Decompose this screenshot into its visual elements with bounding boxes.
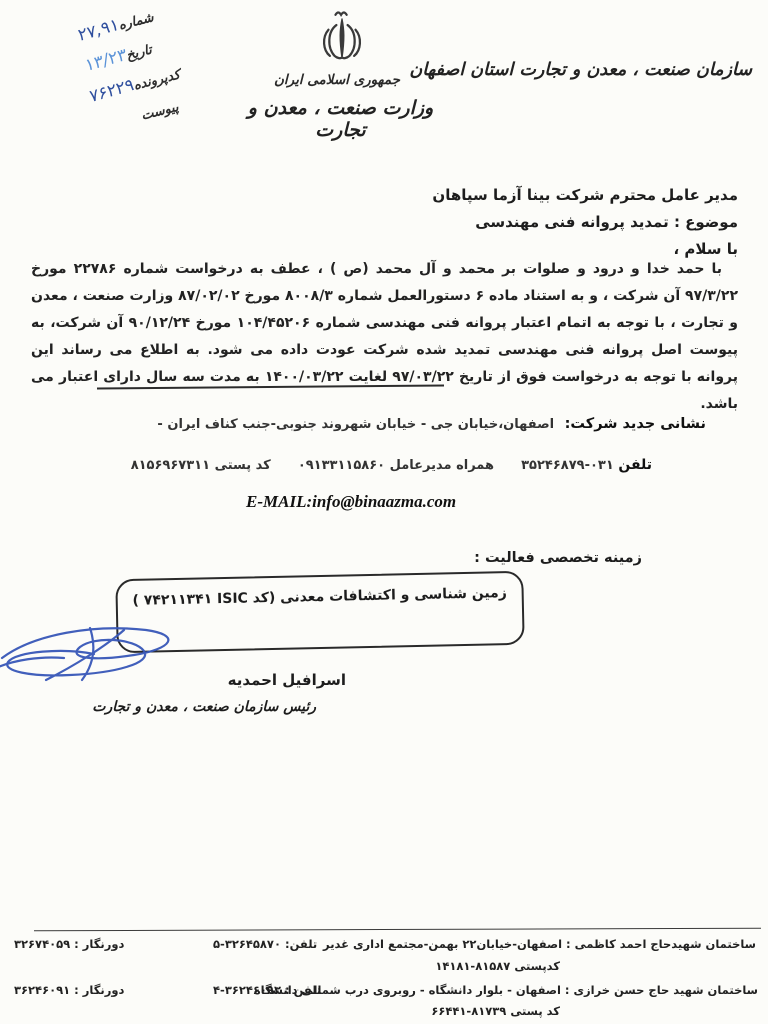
footer-building2-phone: تلفن : ۳۶۲۴۶۰۹۲-۴: [213, 983, 321, 997]
new-address-label: نشانی جدید شرکت:: [565, 416, 706, 432]
activity-box-text: زمین شناسی و اکتشافات معدنی (کد ISIC‏ ۷۴…: [118, 585, 522, 609]
new-address-line: نشانی جدید شرکت: اصفهان،خیابان جی - خیاب…: [157, 416, 706, 432]
stamp-number-label: شماره: [117, 6, 171, 33]
registry-stamp: شماره ۲۷,۹۱ تاریخ ۱۳/۲۳ کدپرونده ۷۶۲۲۹ پ…: [1, 0, 196, 160]
body-text-part1: با حمد خدا و درود و صلوات بر محمد و آل م…: [31, 261, 738, 385]
republic-title: جمهوری اسلامی ایران: [262, 72, 412, 88]
stamp-attachment-label: پیوست: [140, 96, 194, 123]
letter-body: با حمد خدا و درود و صلوات بر محمد و آل م…: [31, 256, 738, 418]
email-text: E-MAIL:info@binaazma.com: [246, 492, 456, 512]
mobile-label: همراه مدیرعامل: [390, 458, 494, 473]
stamp-date-label: تاریخ: [125, 36, 179, 63]
new-address-value: اصفهان،خیابان جی - خیابان شهروند جنوبی-ج…: [157, 417, 554, 432]
recipient-block: مدیر عامل محترم شرکت بینا آزما سپاهان مو…: [432, 182, 738, 263]
official-letter-page: شماره ۲۷,۹۱ تاریخ ۱۳/۲۳ کدپرونده ۷۶۲۲۹ پ…: [0, 0, 768, 1024]
footer-building1-postal-code: کدپستی ۸۱۵۸۷-۱۴۱۸۱: [435, 959, 560, 973]
phone-value: ۰۳۱-۳۵۲۴۶۸۷۹: [521, 458, 614, 473]
contact-line: تلفن ۰۳۱-۳۵۲۴۶۸۷۹ همراه مدیرعامل ۰۹۱۳۳۱۱…: [131, 457, 652, 473]
organization-name: سازمان صنعت ، معدن و تجارت استان اصفهان: [409, 60, 752, 80]
signer-title: رئیس سازمان صنعت ، معدن و تجارت: [92, 699, 316, 715]
body-text-bold-duration: سه سال: [146, 369, 205, 385]
ministry-title: وزارت صنعت ، معدن و تجارت: [228, 97, 453, 141]
iran-emblem-icon: [314, 8, 370, 76]
footer-building1-phone: تلفن: ۳۲۶۴۵۸۷۰-۵: [213, 937, 317, 951]
activity-field-label: زمینه تخصصی فعالیت :: [474, 550, 642, 566]
footer-building2-address: ساختمان شهید حاج حسن خرازی : اصفهان - بل…: [254, 983, 758, 997]
footer-building2-postal-code: کد پستی ۸۱۷۳۹-۶۶۴۴۱: [431, 1004, 560, 1018]
footer-building1-fax: دورنگار : ۳۲۶۷۴۰۵۹: [14, 937, 124, 951]
mobile-value: ۰۹۱۳۳۱۱۵۸۶۰: [298, 458, 385, 473]
footer-divider-line: [34, 928, 761, 932]
signer-name: اسرافیل احمدیه: [228, 671, 346, 689]
postal-value: ۸۱۵۶۹۶۷۳۱۱: [131, 458, 210, 473]
phone-label: تلفن: [618, 457, 652, 473]
subject-line: موضوع : تمدید پروانه فنی مهندسی: [432, 209, 738, 236]
recipient-line: مدیر عامل محترم شرکت بینا آزما سپاهان: [432, 182, 738, 209]
stamp-file-code-label: کدپرونده: [132, 66, 186, 93]
footer-building1-address: ساختمان شهیدحاج احمد کاظمی : اصفهان-خیاب…: [323, 937, 756, 951]
footer-building2-fax: دورنگار : ۳۶۲۴۶۰۹۱: [14, 983, 124, 997]
postal-label: کد پستی: [215, 458, 271, 473]
